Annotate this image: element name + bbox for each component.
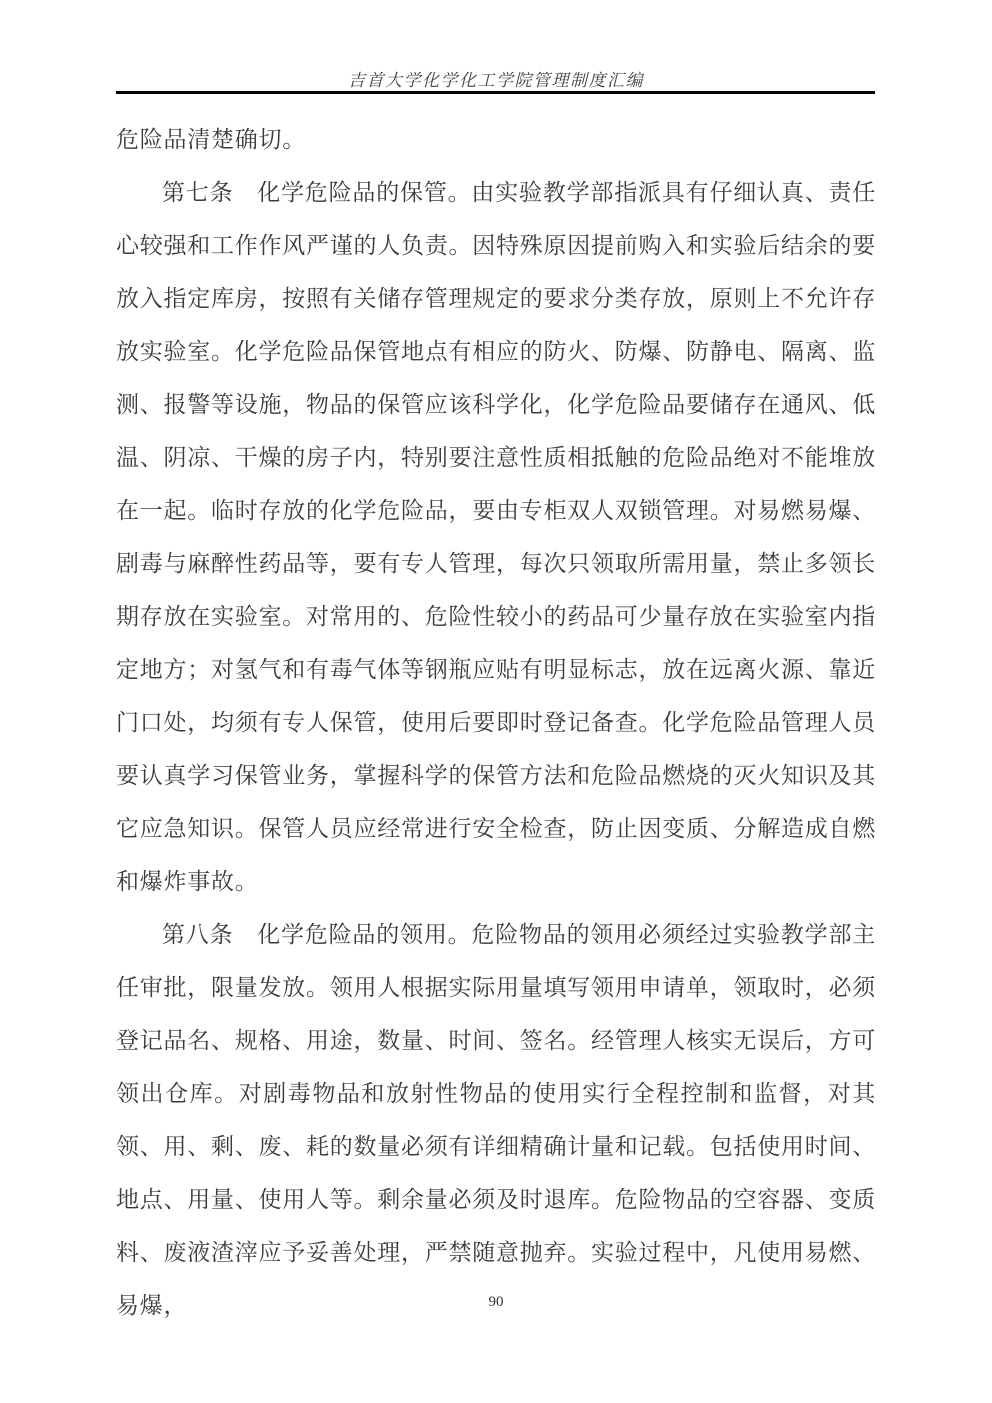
page-header-title: 吉首大学化学化工学院管理制度汇编 [116,66,876,91]
paragraph-article-8: 第八条 化学危险品的领用。危险物品的领用必须经过实验教学部主任审批，限量发放。领… [116,908,876,1332]
document-body: 危险品清楚确切。 第七条 化学危险品的保管。由实验教学部指派具有仔细认真、责任心… [116,113,876,1332]
paragraph-article-7: 第七条 化学危险品的保管。由实验教学部指派具有仔细认真、责任心较强和工作作风严谨… [116,166,876,908]
header-rule [116,91,875,94]
paragraph-continuation: 危险品清楚确切。 [116,113,876,166]
document-page: 吉首大学化学化工学院管理制度汇编 危险品清楚确切。 第七条 化学危险品的保管。由… [0,0,992,1403]
page-number: 90 [0,1294,992,1311]
